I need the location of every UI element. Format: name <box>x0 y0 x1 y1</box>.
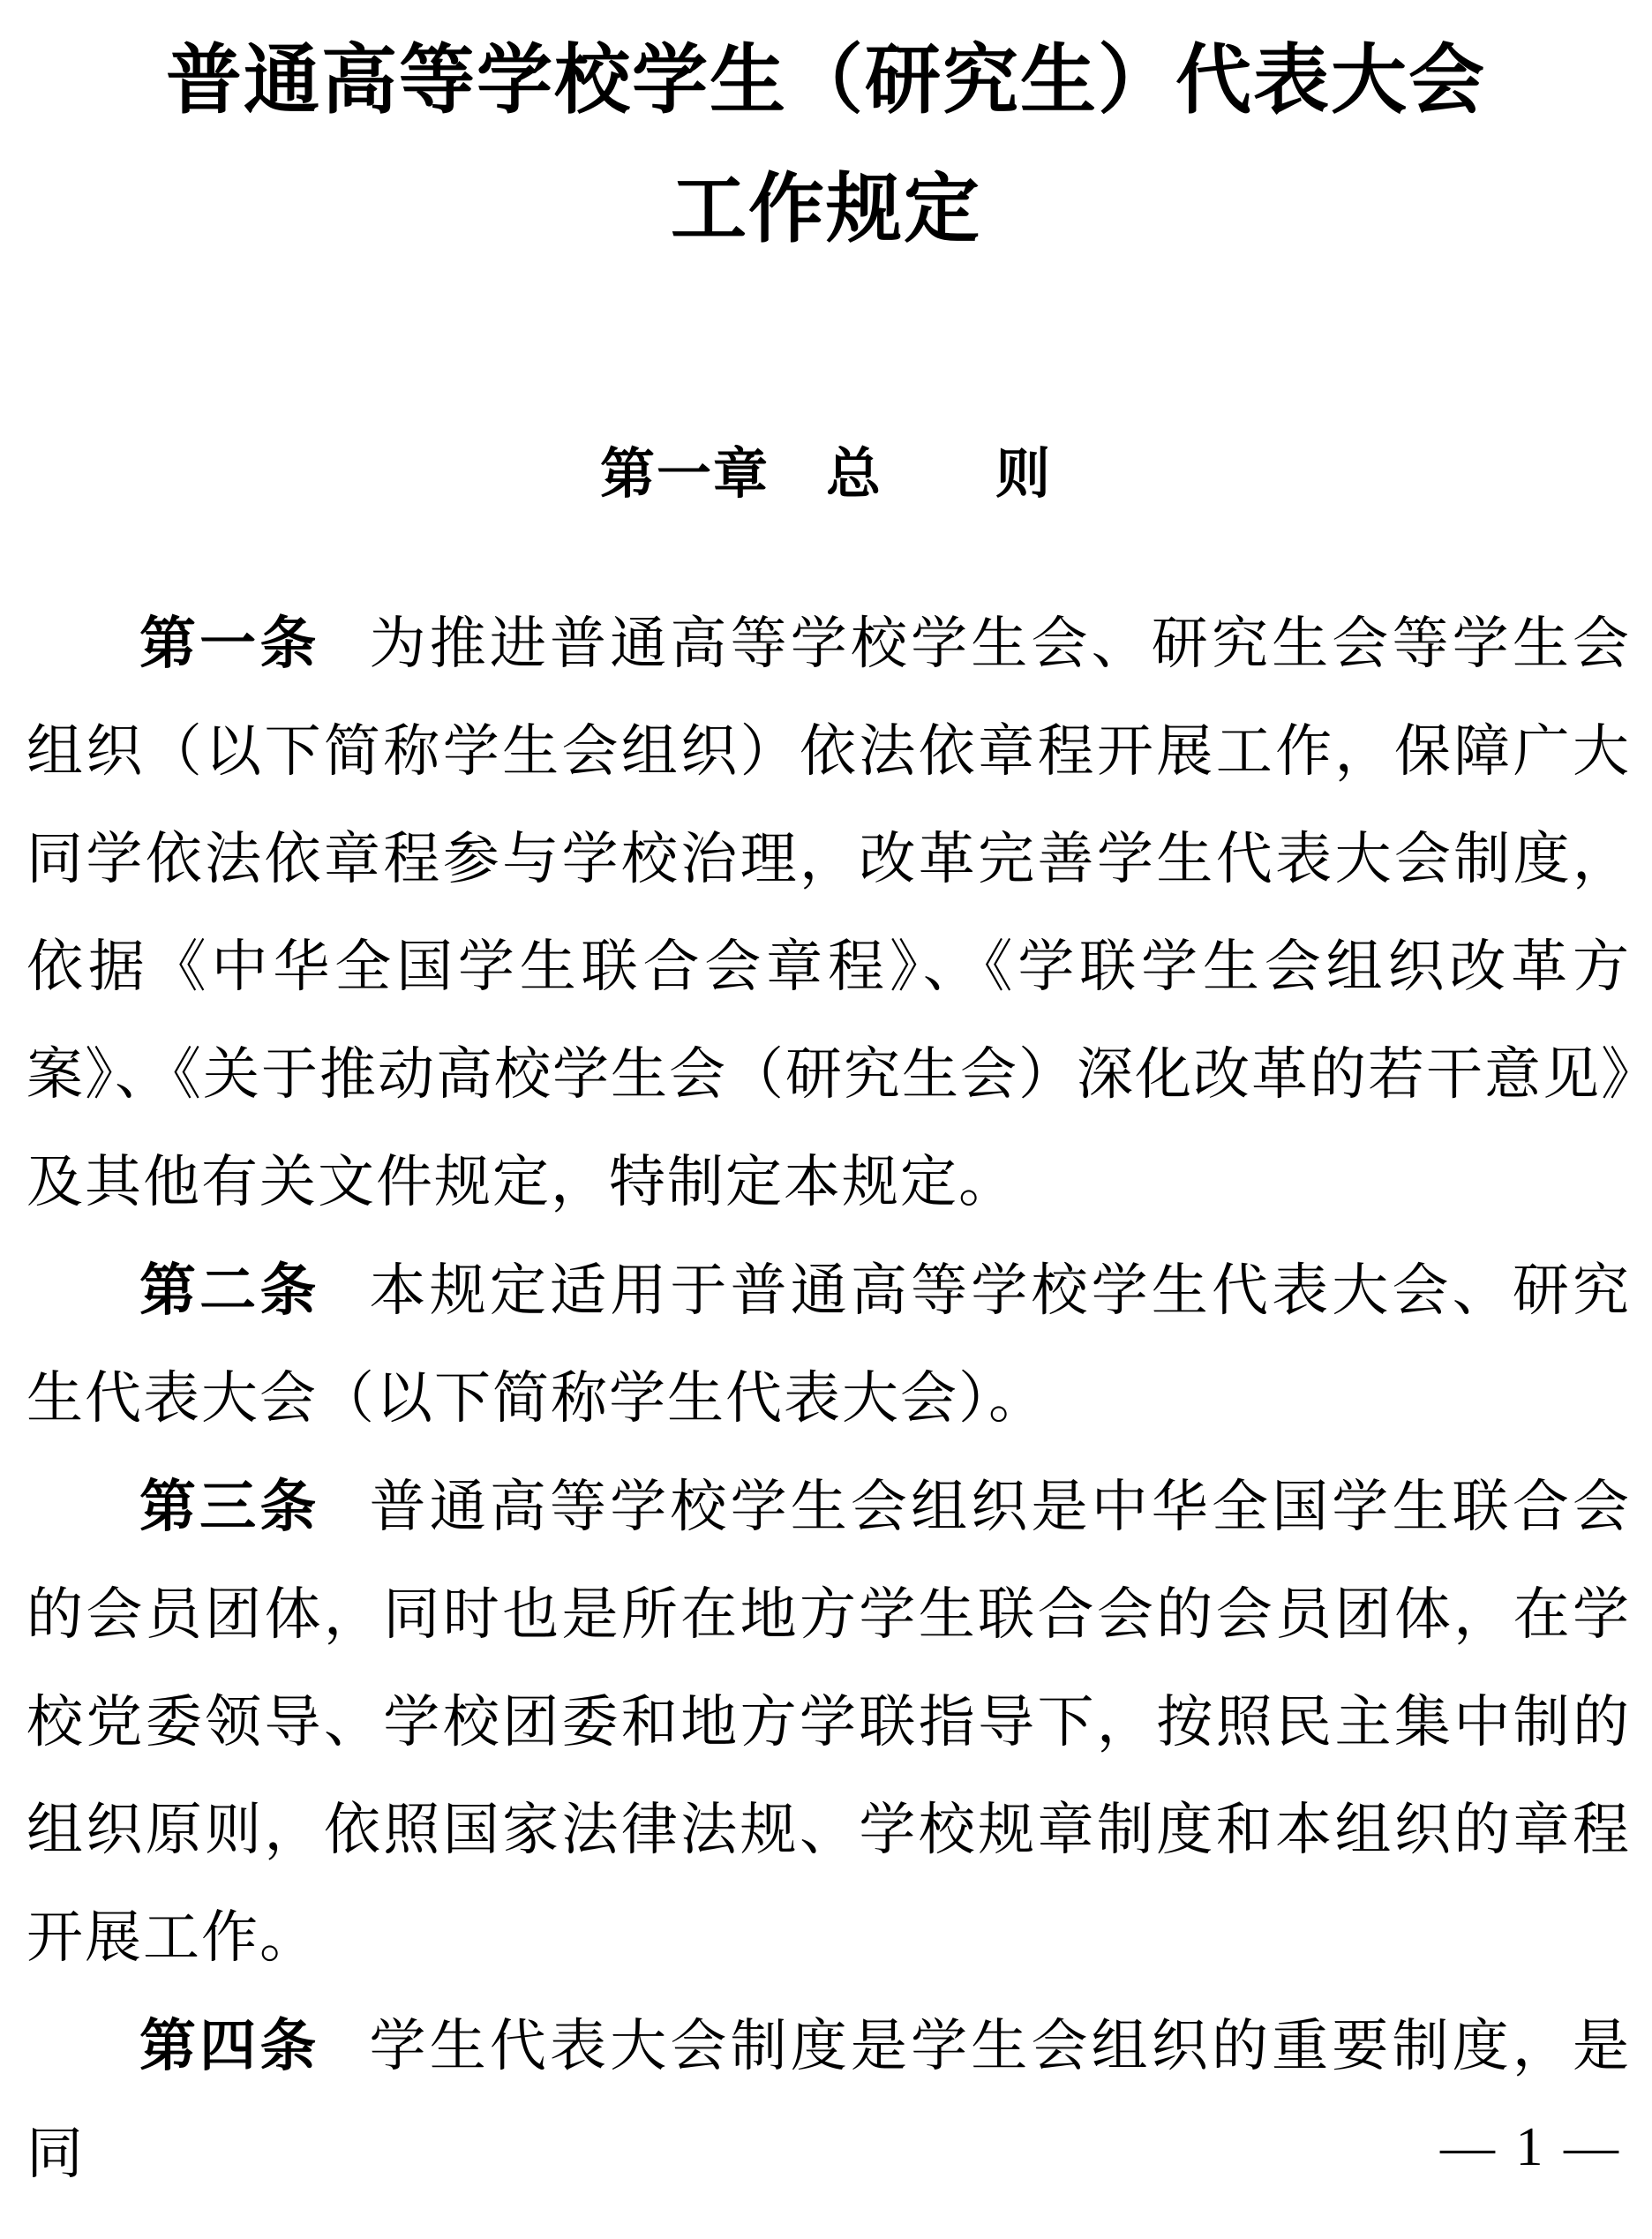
article-1-number: 第一条 <box>139 612 320 675</box>
page-footer: — 1 — <box>1440 2116 1622 2178</box>
title-line-1: 普通高等学校学生（研究生）代表大会 <box>0 16 1652 145</box>
article-1-text: 为推进普通高等学校学生会、研究生会等学生会组织（以下简称学生会组织）依法依章程开… <box>26 612 1631 1213</box>
paragraph-article-1: 第一条为推进普通高等学校学生会、研究生会等学生会组织（以下简称学生会组织）依法依… <box>26 590 1631 1236</box>
document-body: 第一条为推进普通高等学校学生会、研究生会等学生会组织（以下简称学生会组织）依法依… <box>26 590 1631 2208</box>
article-4-number: 第四条 <box>139 2014 320 2077</box>
paragraph-article-4: 第四条学生代表大会制度是学生会组织的重要制度，是同 <box>26 1992 1631 2208</box>
paragraph-article-2: 第二条本规定适用于普通高等学校学生代表大会、研究生代表大会（以下简称学生代表大会… <box>26 1236 1631 1453</box>
article-2-number: 第二条 <box>139 1258 320 1322</box>
document-title: 普通高等学校学生（研究生）代表大会 工作规定 <box>0 16 1652 274</box>
article-3-text: 普通高等学校学生会组织是中华全国学生联合会的会员团体，同时也是所在地方学生联合会… <box>26 1476 1631 1969</box>
article-3-number: 第三条 <box>139 1475 320 1538</box>
title-line-2: 工作规定 <box>0 145 1652 274</box>
paragraph-article-3: 第三条普通高等学校学生会组织是中华全国学生联合会的会员团体，同时也是所在地方学生… <box>26 1453 1631 1992</box>
page-number: — 1 — <box>1440 2117 1622 2177</box>
document-page: 普通高等学校学生（研究生）代表大会 工作规定 第一章 总 则 第一条为推进普通高… <box>0 0 1652 2239</box>
chapter-heading: 第一章 总 则 <box>0 435 1652 515</box>
